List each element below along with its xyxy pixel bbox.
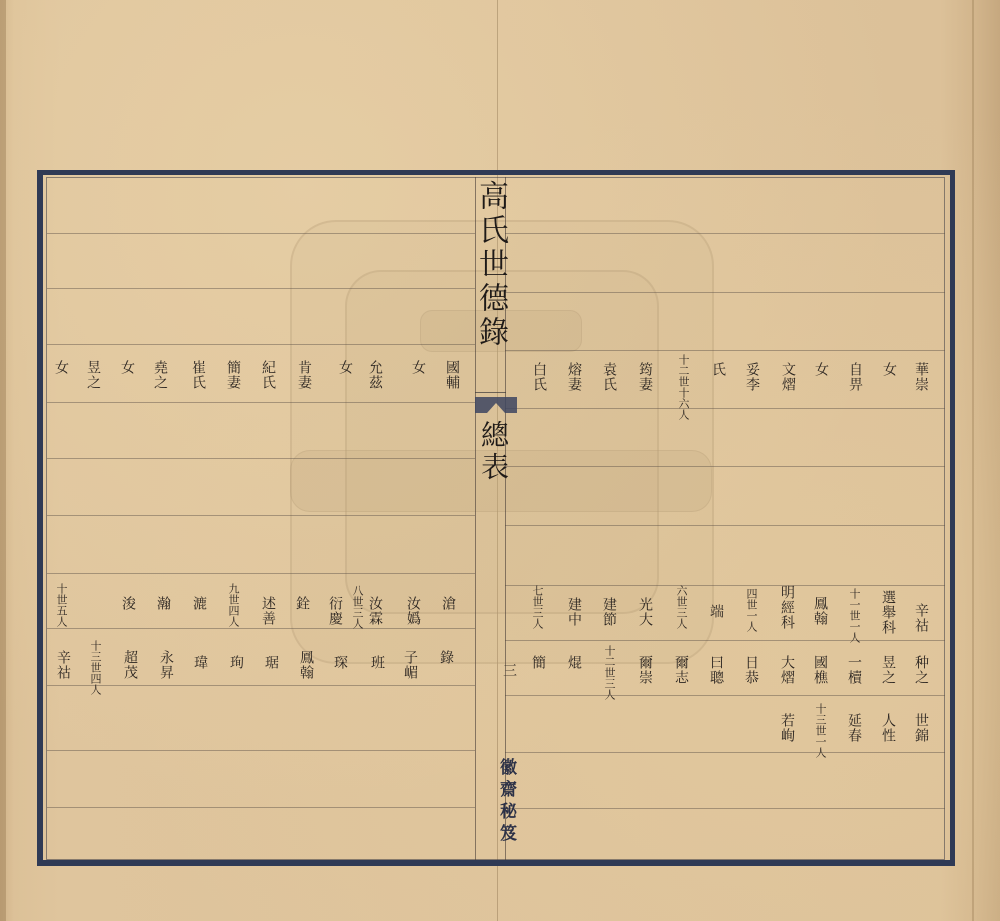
document-title: 高氏世德錄	[475, 180, 505, 350]
generation-label: 十二世十六人	[677, 354, 689, 420]
name-entry: 𢔜逵	[88, 596, 103, 626]
name-entry: 銓	[294, 596, 309, 611]
generation-label: 十一世一人	[848, 588, 860, 643]
name-entry: 袁氏	[601, 362, 616, 392]
name-entry: 堯之	[152, 360, 167, 390]
name-entry: 女	[813, 362, 828, 377]
name-entry: 氏	[710, 362, 725, 377]
name-entry: 崔氏	[190, 360, 205, 390]
name-entry: 華崇	[913, 362, 928, 392]
name-entry: 鳳翰	[812, 596, 827, 626]
generation-label: 十三世一人	[814, 703, 826, 758]
name-entry: 昱之	[85, 360, 100, 390]
name-entry: 琚	[263, 655, 278, 670]
name-entry: 瑋	[192, 655, 207, 670]
name-entry: 焜	[566, 655, 581, 670]
name-entry: 种之	[913, 655, 928, 685]
name-entry: 滄	[440, 596, 455, 611]
name-entry: 錄	[438, 650, 453, 665]
name-entry: 白氏	[531, 362, 546, 392]
generation-label: 四世一人	[745, 588, 757, 632]
title-divider	[475, 392, 506, 393]
name-entry: 班	[369, 655, 384, 670]
section-title: 總表	[478, 420, 508, 484]
name-entry: 女	[881, 362, 896, 377]
page-edge-left	[0, 0, 6, 921]
page-edge-right	[972, 0, 974, 921]
name-entry: 延春	[846, 713, 861, 743]
name-entry: 筠妻	[637, 362, 652, 392]
name-entry: 人性	[880, 713, 895, 743]
generation-label: 十二世三人	[603, 645, 615, 700]
name-entry: 肯妻	[296, 360, 311, 390]
name-entry: 端	[708, 604, 723, 619]
name-entry: 熔妻	[566, 362, 581, 392]
generation-label: 七世三人	[531, 585, 543, 629]
studio-mark: 徽齋秘笈	[496, 758, 516, 846]
name-entry: 妥李	[744, 362, 759, 392]
name-entry: 女	[119, 360, 134, 375]
name-entry: 永昇	[158, 650, 173, 680]
name-entry: 文熠	[780, 362, 795, 392]
name-entry: 一櫝	[846, 655, 861, 685]
generation-label: 十世五人	[55, 583, 67, 627]
name-entry: 紀氏	[260, 360, 275, 390]
name-entry: 衍慶	[327, 596, 342, 626]
name-entry: 汝霖	[367, 596, 382, 626]
generation-label: 六世三人	[675, 585, 687, 629]
name-entry: 自畀	[847, 362, 862, 392]
name-entry: 允茲	[367, 360, 382, 390]
name-entry: 光大	[637, 597, 652, 627]
name-entry: 子嵋	[402, 650, 417, 680]
fishtail-mark-icon	[475, 397, 517, 415]
name-entry: 昱之	[880, 655, 895, 685]
name-entry: 超茂	[122, 650, 137, 680]
generation-label: 八世三人	[351, 585, 363, 629]
name-entry: 簡	[530, 655, 545, 670]
name-entry: 辛祜	[55, 650, 70, 680]
name-entry: 瀚	[155, 596, 170, 611]
page-number: 三	[499, 663, 519, 677]
generation-label: 十三世四人	[89, 640, 101, 695]
name-entry: 國輔	[444, 360, 459, 390]
name-entry: 建節	[601, 597, 616, 627]
name-entry: 建中	[566, 597, 581, 627]
generation-label: 九世四人	[227, 583, 239, 627]
name-entry: 日恭	[743, 655, 758, 685]
name-entry: 汝嬀	[405, 596, 420, 626]
name-entry: 簡妻	[225, 360, 240, 390]
name-entry: 女	[410, 360, 425, 375]
name-entry: 辛祜	[913, 603, 928, 633]
name-entry: 若峋	[779, 713, 794, 743]
name-entry: 述善	[260, 596, 275, 626]
name-entry: 爾崇	[637, 655, 652, 685]
name-entry: 女	[337, 360, 352, 375]
name-entry: 漉	[191, 596, 206, 611]
name-entry: 琛	[332, 655, 347, 670]
name-entry: 珣	[228, 655, 243, 670]
name-entry: 女	[53, 360, 68, 375]
name-entry: 國樵	[812, 655, 827, 685]
name-entry: 世錦	[913, 713, 928, 743]
name-entry: 浚	[120, 596, 135, 611]
name-entry: 明經科	[779, 585, 794, 630]
name-entry: 大熠	[779, 655, 794, 685]
name-entry: 爾志	[673, 655, 688, 685]
name-entry: 曰聰	[708, 655, 723, 685]
name-entry: 鳳翰	[298, 650, 313, 680]
name-entry: 選舉科	[880, 590, 895, 635]
